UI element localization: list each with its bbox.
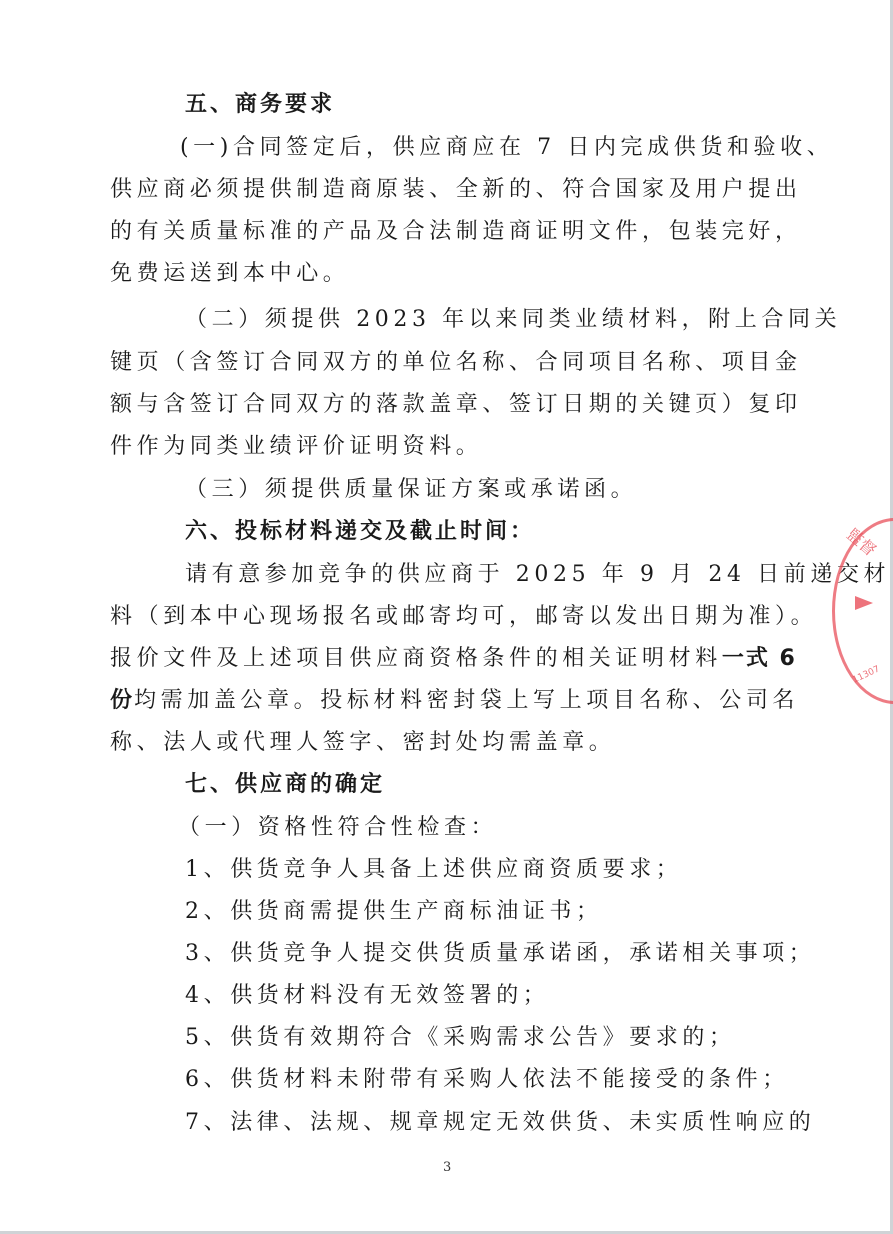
section7-sub1: （一）资格性符合性检查： [178,813,497,843]
section5-item2-line3: 额与含签订合同双方的落款盖章、签订日期的关键页）复印 [110,390,802,420]
section7-item-3: 3、供货竞争人提交供货质量承诺函，承诺相关事项； [185,939,815,969]
section5-item2-line2: 键页（含签订合同双方的单位名称、合同项目名称、项目金 [110,348,802,378]
page-number: 3 [443,1160,451,1175]
section5-item1-line4: 免费运送到本中心。 [110,259,349,289]
section7-item-6: 6、供货材料未附带有采购人依法不能接受的条件； [185,1065,789,1095]
section6-line3: 报价文件及上述项目供应商资格条件的相关证明材料一式 6 [110,644,797,674]
section5-item1-line3: 的有关质量标准的产品及合法制造商证明文件，包装完好， [110,217,802,247]
seal-star-icon [855,596,873,610]
section6-line3-bold: 一式 6 [722,646,797,671]
section5-heading: 五、商务要求 [185,90,335,120]
section5-item3: （三）须提供质量保证方案或承诺函。 [185,475,637,505]
section5-item1-line2: 供应商必须提供制造商原装、全新的、符合国家及用户提出 [110,175,802,205]
section6-line4: 份均需加盖公章。投标材料密封袋上写上项目名称、公司名 [110,686,799,716]
section6-line2: 料（到本中心现场报名或邮寄均可，邮寄以发出日期为准）。 [110,602,817,632]
section7-item-5: 5、供货有效期符合《采购需求公告》要求的； [185,1023,736,1053]
section7-heading: 七、供应商的确定 [185,770,385,800]
section7-item-2: 2、供货商需提供生产商标油证书； [185,897,603,927]
section5-item1-line1: (一)合同签定后，供应商应在 7 日内完成供货和验收、 [180,133,833,163]
section6-line1: 请有意参加竞争的供应商于 2025 年 9 月 24 日前递交材 [185,560,890,590]
section5-item2-line4: 件作为同类业绩评价证明资料。 [110,432,482,462]
section6-line3-text: 报价文件及上述项目供应商资格条件的相关证明材料 [110,646,722,671]
section6-heading: 六、投标材料递交及截止时间： [185,517,535,547]
section6-line4-bold: 份 [110,688,134,713]
section5-item2-line1: （二）须提供 2023 年以来同类业绩材料，附上合同关 [185,305,841,335]
section7-item-7: 7、法律、法规、规章规定无效供货、未实质性响应的 [185,1108,815,1138]
section7-item-4: 4、供货材料没有无效签署的； [185,981,549,1011]
section6-line4-text: 均需加盖公章。投标材料密封袋上写上项目名称、公司名 [134,688,799,713]
section6-line5: 称、法人或代理人签字、密封处均需盖章。 [110,728,615,758]
section7-item-1: 1、供货竞争人具备上述供应商资质要求； [185,855,682,885]
